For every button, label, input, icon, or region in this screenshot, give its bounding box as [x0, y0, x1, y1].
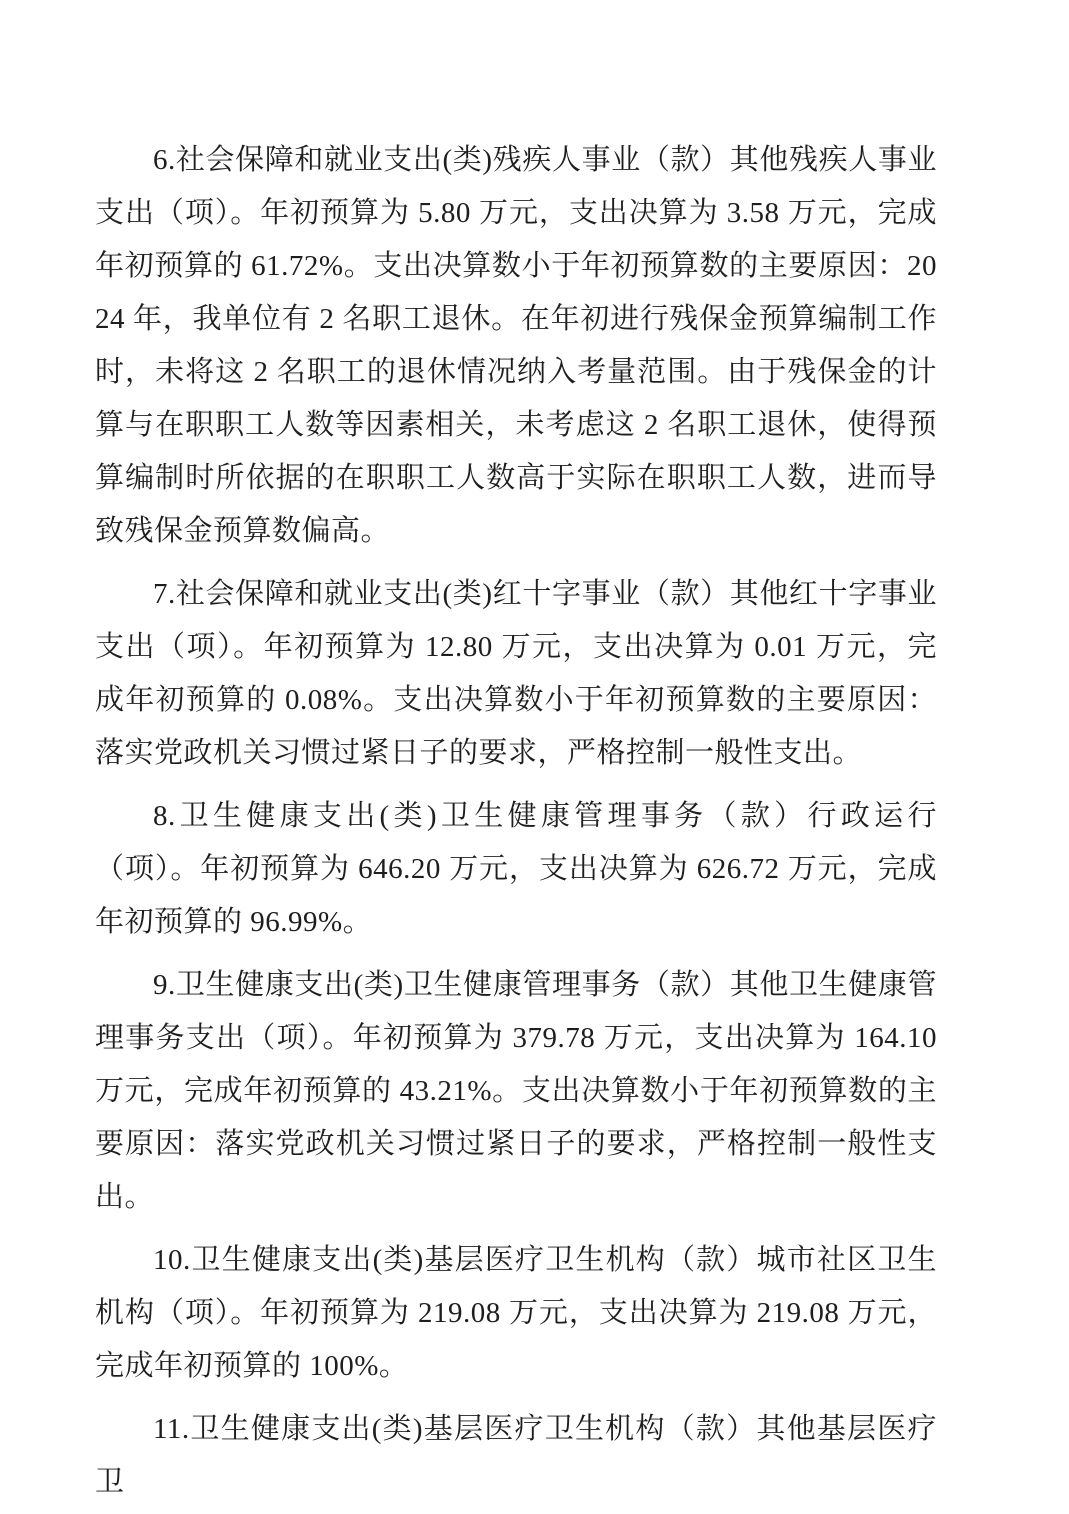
- paragraph-item-10: 10.卫生健康支出(类)基层医疗卫生机构（款）城市社区卫生机构（项）。年初预算为…: [95, 1234, 937, 1393]
- document-content: 6.社会保障和就业支出(类)残疾人事业（款）其他残疾人事业支出（项）。年初预算为…: [95, 134, 937, 1514]
- paragraph-item-7: 7.社会保障和就业支出(类)红十字事业（款）其他红十字事业支出（项）。年初预算为…: [95, 568, 937, 780]
- paragraph-item-11-truncated: 11.卫生健康支出(类)基层医疗卫生机构（款）其他基层医疗卫: [95, 1403, 937, 1509]
- paragraph-item-8: 8.卫生健康支出(类)卫生健康管理事务（款）行政运行（项）。年初预算为 646.…: [95, 790, 937, 949]
- document-page: 6.社会保障和就业支出(类)残疾人事业（款）其他残疾人事业支出（项）。年初预算为…: [0, 0, 1069, 1514]
- paragraph-item-9: 9.卫生健康支出(类)卫生健康管理事务（款）其他卫生健康管理事务支出（项）。年初…: [95, 959, 937, 1224]
- paragraph-item-6: 6.社会保障和就业支出(类)残疾人事业（款）其他残疾人事业支出（项）。年初预算为…: [95, 134, 937, 558]
